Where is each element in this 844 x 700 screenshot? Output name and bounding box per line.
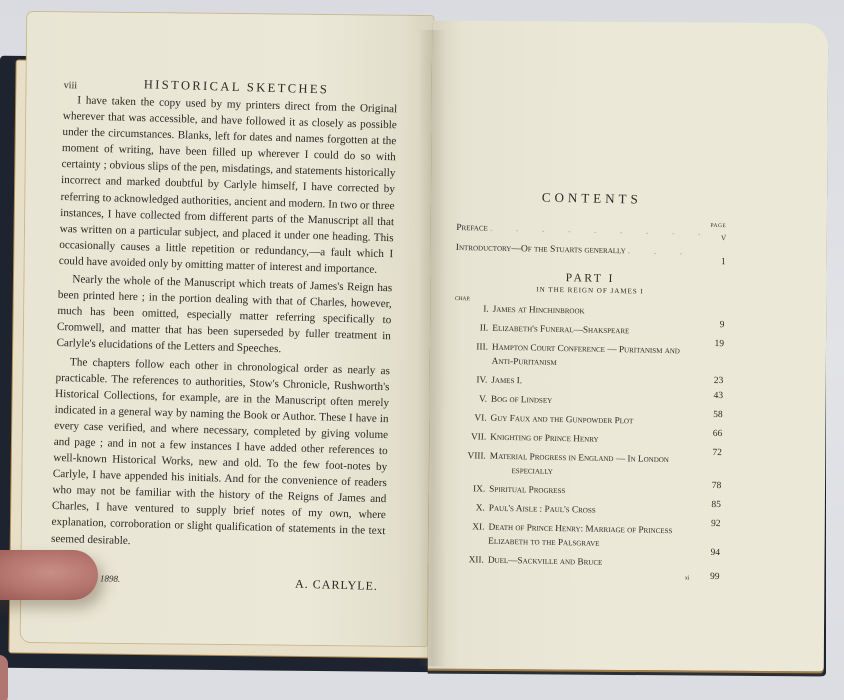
paragraph: The chapters follow each other in chrono… (51, 353, 390, 555)
chapter-entry: III.Hampton Court Conference — Puritanis… (454, 340, 724, 373)
paragraph: Nearly the whole of the Manuscript which… (56, 271, 392, 361)
contents-page: CONTENTS Preface . . . . . . . . . . PAG… (449, 188, 726, 586)
entry-page: 1 (721, 255, 726, 270)
chapter-entry: VIII.Material Progress in England — In L… (451, 449, 721, 482)
chapter-entry: VI.Guy Faux and the Gunpowder Plot 58 (452, 411, 722, 430)
finger (0, 655, 8, 700)
chapter-entry: IX.Spiritual Progress 78 (451, 482, 721, 501)
signature: A. CARLYLE. (295, 575, 378, 593)
folio: xi (685, 571, 690, 585)
thumb (0, 550, 98, 600)
entry-label: Introductory—Of the Stuarts generally (456, 243, 626, 256)
leader-dots: . . . (628, 246, 693, 256)
left-page-number: viii (63, 78, 77, 94)
left-page-text: viii HISTORICAL SKETCHES I have taken th… (50, 76, 398, 594)
chapter-entry: IV.James I. 23 (453, 373, 723, 392)
chapter-entry: X.Paul's Aisle : Paul's Cross 85 (451, 501, 721, 520)
chapter-entry: XI.Death of Prince Henry: Marriage of Pr… (450, 520, 720, 553)
chapter-entry: VII.Knighting of Prince Henry 66 (452, 430, 722, 449)
entry-page: 99 (710, 570, 720, 584)
entry-label: Preface (456, 223, 488, 234)
contents-entry: Preface . . . . . . . . . . PAGE v (456, 220, 726, 241)
paragraph: I have taken the copy used by my printer… (59, 92, 398, 278)
contents-entry: Introductory—Of the Stuarts generally . … (456, 240, 726, 261)
book-gutter (418, 30, 446, 666)
leader-dots: . . . . . . . . . . (490, 224, 737, 238)
chapter-entry: V.Bog of Lindsey 43 (453, 392, 723, 411)
entry-page: v (721, 231, 726, 246)
chapter-entry: II.Elizabeth's Funeral—Shakspeare 9 (454, 321, 724, 340)
